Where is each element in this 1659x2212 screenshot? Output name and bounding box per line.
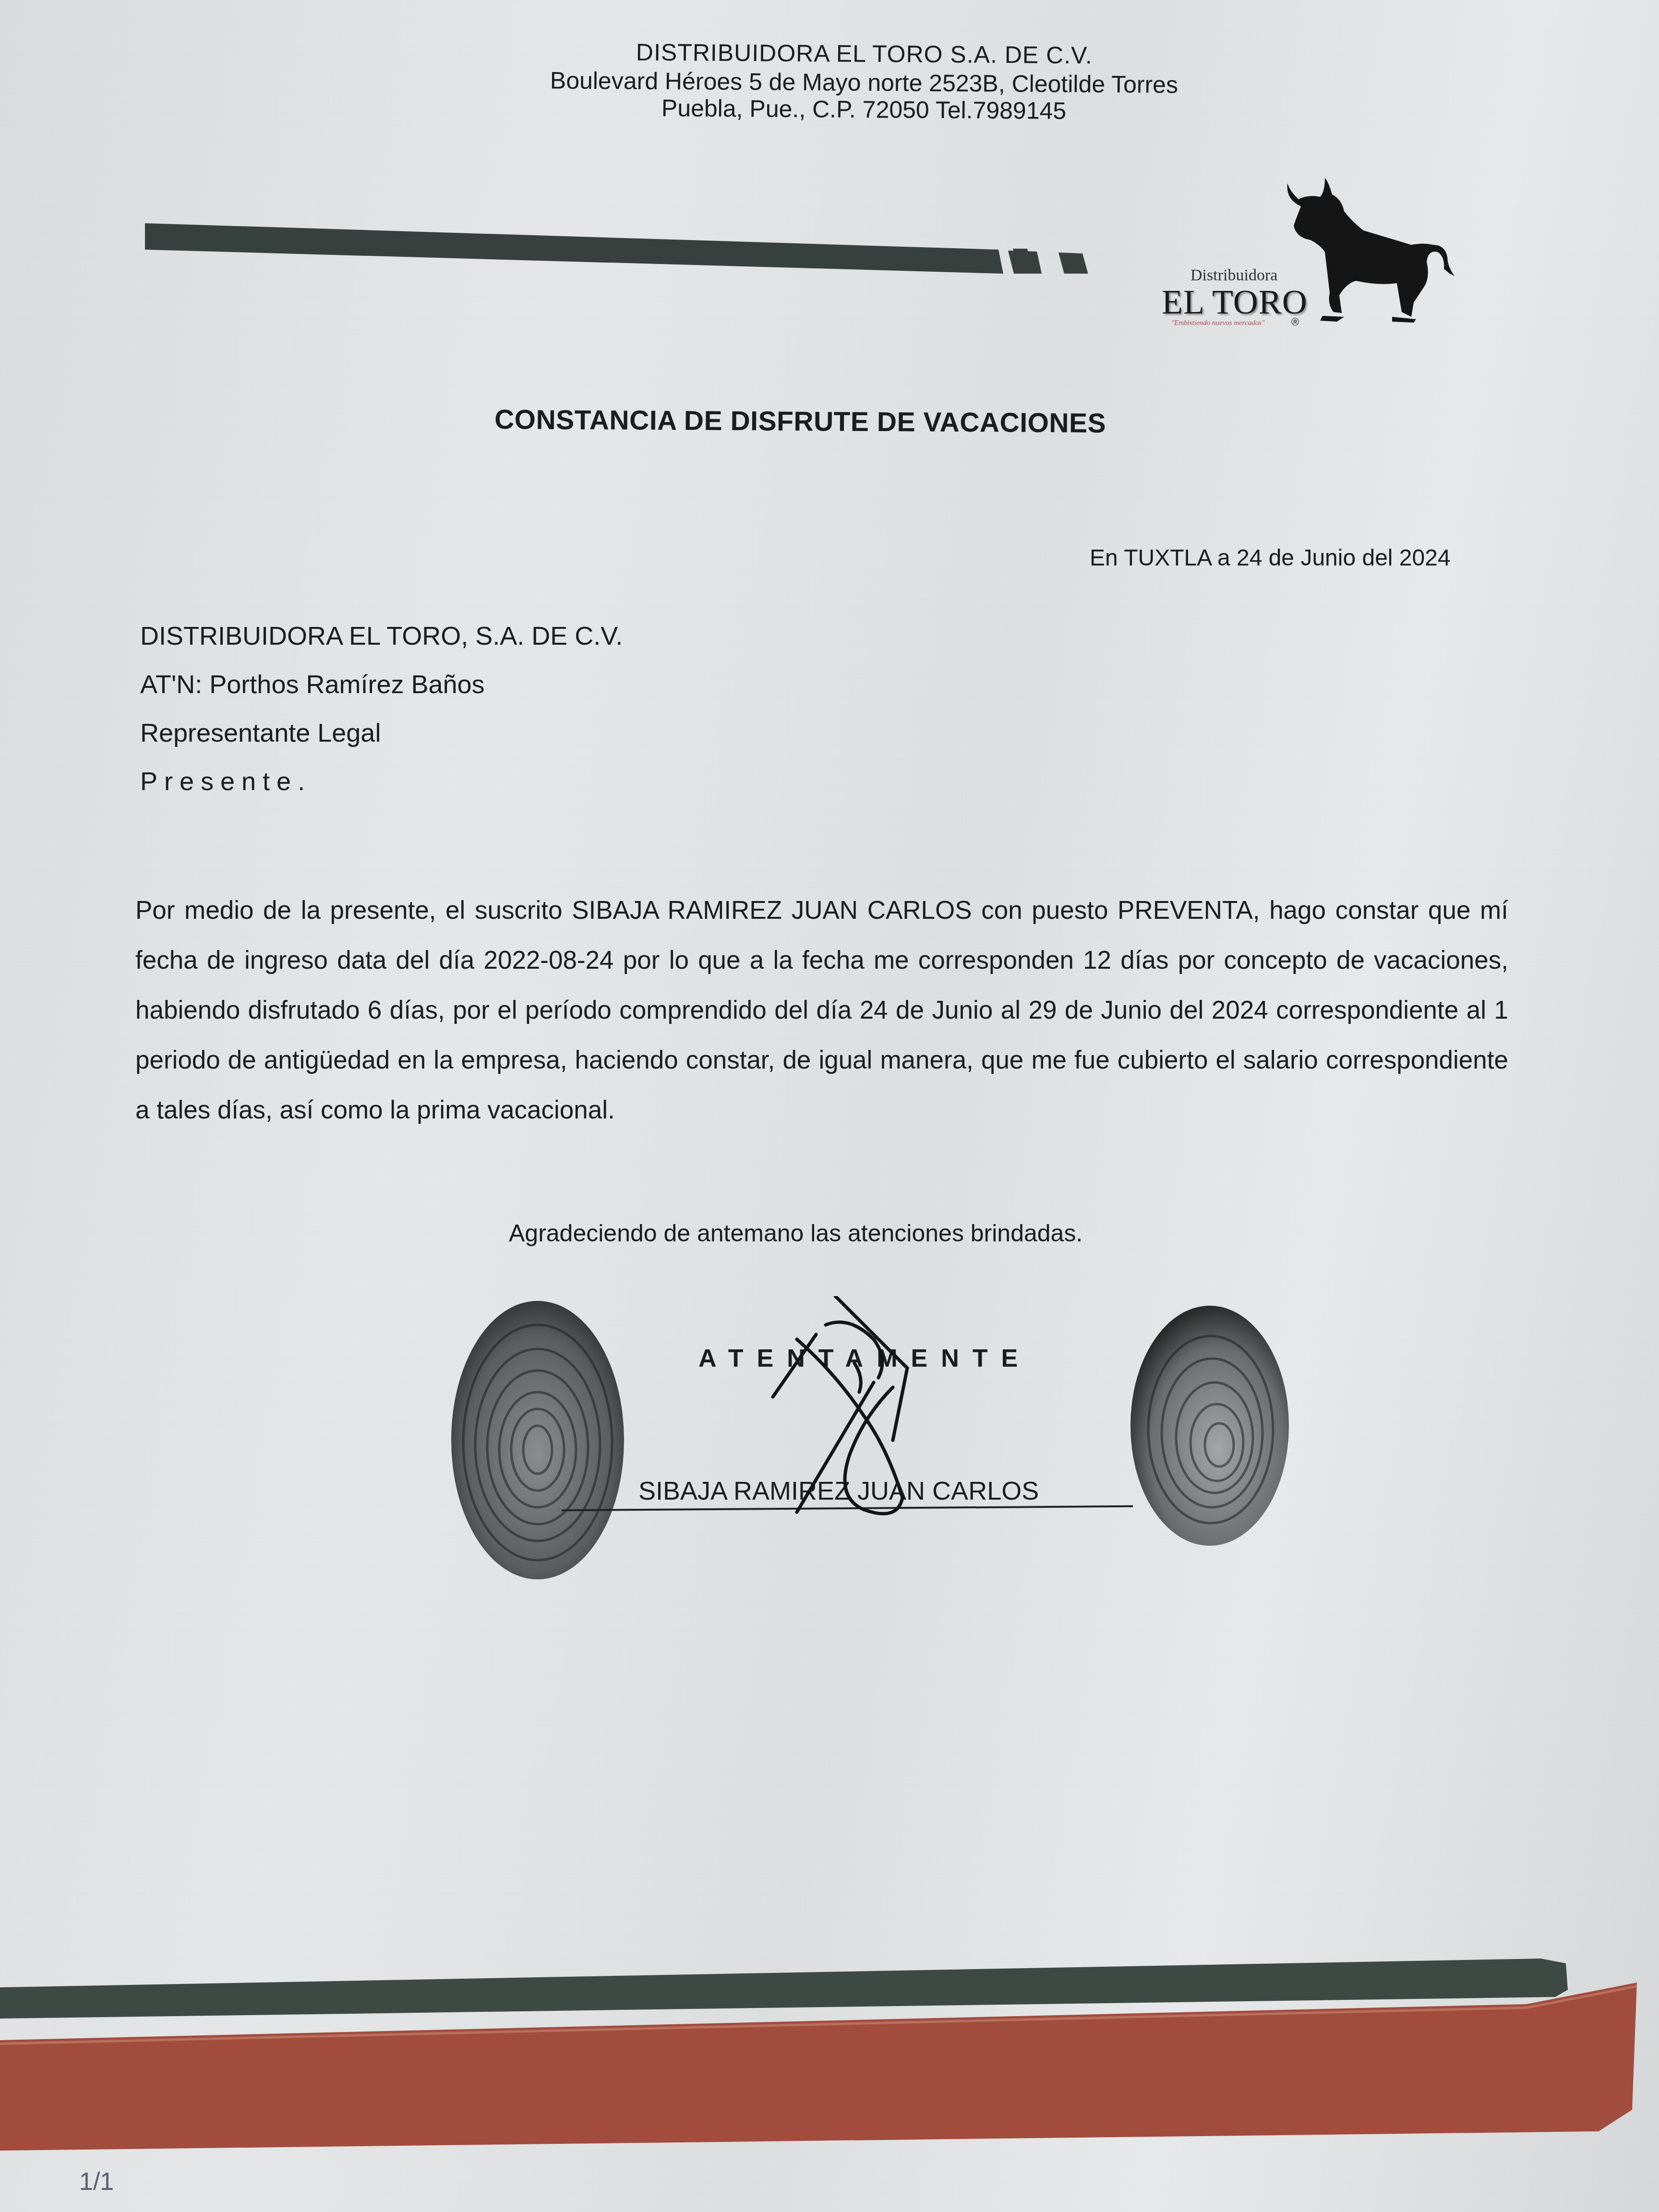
footer-decorative-bars — [0, 1944, 1659, 2160]
company-logo: Distribuidora EL TORO "Embistiendo nuevo… — [1152, 173, 1459, 331]
logo-slogan: "Embistiendo nuevos mercados" — [1171, 319, 1265, 327]
addressee-block: DISTRIBUIDORA EL TORO, S.A. DE C.V. AT'N… — [140, 612, 623, 806]
addressee-presente: Presente. — [140, 757, 623, 806]
addressee-role: Representante Legal — [140, 709, 623, 757]
addressee-attention: AT'N: Porthos Ramírez Baños — [140, 661, 623, 709]
handwritten-signature-icon — [480, 1296, 1200, 1536]
logo-brand: EL TORO — [1162, 282, 1308, 322]
registered-mark-icon: ® — [1291, 316, 1299, 328]
place-date: En TUXTLA a 24 de Junio del 2024 — [1090, 545, 1451, 571]
header-decorative-bar — [144, 202, 1152, 274]
page-number: 1/1 — [79, 2167, 114, 2196]
addressee-company: DISTRIBUIDORA EL TORO, S.A. DE C.V. — [140, 612, 623, 661]
letterhead: DISTRIBUIDORA EL TORO S.A. DE C.V. Boule… — [432, 36, 1296, 126]
body-paragraph: Por medio de la presente, el suscrito SI… — [135, 886, 1508, 1135]
signature-block: ATENTAMENTE SIBAJA RAMIREZ JUAN CARLOS — [480, 1296, 1200, 1536]
document-title: CONSTANCIA DE DISFRUTE DE VACACIONES — [494, 404, 1106, 439]
closing-thanks: Agradeciendo de antemano las atenciones … — [509, 1219, 1082, 1247]
